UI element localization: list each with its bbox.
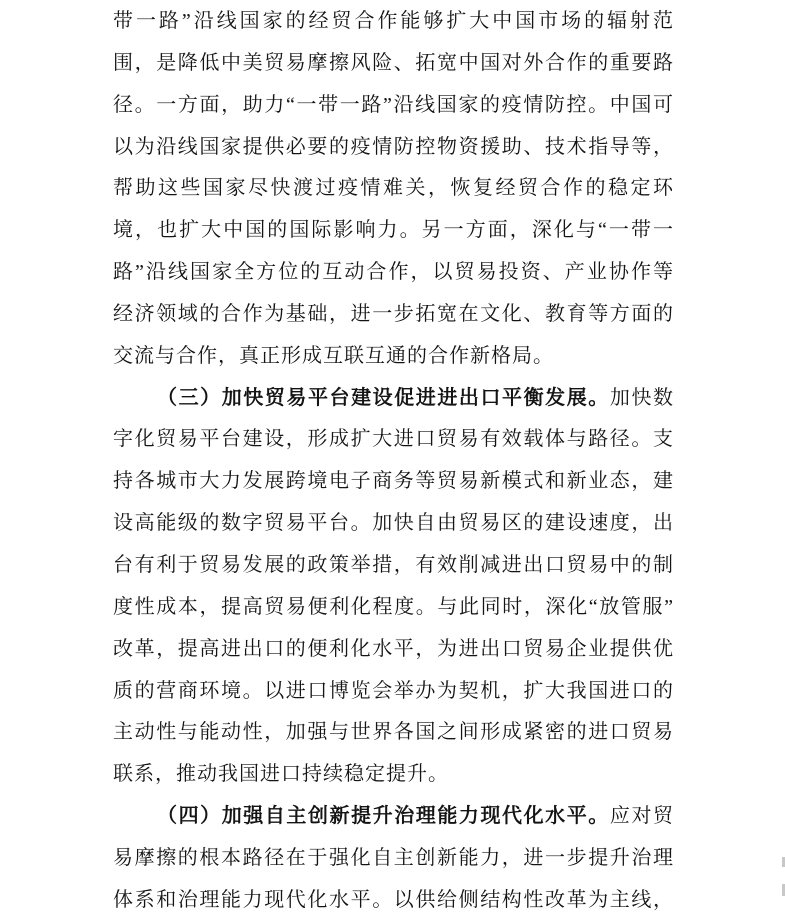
document-page: 带一路”沿线国家的经贸合作能够扩大中国市场的辐射范 围，是降低中美贸易摩擦风险、…	[0, 0, 785, 920]
text-line-paragraph-end: 交流与合作，真正形成互联互通的合作新格局。	[113, 336, 673, 378]
section-heading-bold: （三）加快贸易平台建设促进进出口平衡发展。	[157, 387, 610, 409]
text-line: 质的营商环境。以进口博览会举办为契机，扩大我国进口的	[113, 671, 673, 713]
section-heading-line-4: （四）加强自主创新提升治理能力现代化水平。应对贸	[113, 796, 673, 838]
section-heading-line-3: （三）加快贸易平台建设促进进出口平衡发展。加快数	[113, 378, 673, 420]
text-line: 以为沿线国家提供必要的疫情防控物资援助、技术指导等，	[113, 127, 673, 169]
text-line: 改革，提高进出口的便利化水平，为进出口贸易企业提供优	[113, 629, 673, 671]
text-line: 设高能级的数字贸易平台。加快自由贸易区的建设速度，出	[113, 503, 673, 545]
text-line: 围，是降低中美贸易摩擦风险、拓宽中国对外合作的重要路	[113, 43, 673, 85]
text-line: 持各城市大力发展跨境电子商务等贸易新模式和新业态，建	[113, 461, 673, 503]
text-line: 度性成本，提高贸易便利化程度。与此同时，深化“放管服”	[113, 587, 673, 629]
text-line: 易摩擦的根本路径在于强化自主创新能力，进一步提升治理	[113, 838, 673, 880]
section-heading-bold: （四）加强自主创新提升治理能力现代化水平。	[157, 805, 610, 827]
document-text-block: 带一路”沿线国家的经贸合作能够扩大中国市场的辐射范 围，是降低中美贸易摩擦风险、…	[113, 1, 673, 920]
text-line: 径。一方面，助力“一带一路”沿线国家的疫情防控。中国可	[113, 85, 673, 127]
text-line: 带一路”沿线国家的经贸合作能够扩大中国市场的辐射范	[113, 1, 673, 43]
text-line: 主动性与能动性，加强与世界各国之间形成紧密的进口贸易	[113, 712, 673, 754]
text-line: 帮助这些国家尽快渡过疫情难关，恢复经贸合作的稳定环	[113, 168, 673, 210]
text-line: 台有利于贸易发展的政策举措，有效削减进出口贸易中的制	[113, 545, 673, 587]
text-line: 经济领域的合作为基础，进一步拓宽在文化、教育等方面的	[113, 294, 673, 336]
text-line-paragraph-end: 联系，推动我国进口持续稳定提升。	[113, 754, 673, 796]
text-line: 体系和治理能力现代化水平。以供给侧结构性改革为主线，	[113, 880, 673, 920]
text-line: 字化贸易平台建设，形成扩大进口贸易有效载体与路径。支	[113, 419, 673, 461]
section-heading-rest: 加快数	[610, 387, 673, 409]
text-line: 路”沿线国家全方位的互动合作，以贸易投资、产业协作等	[113, 252, 673, 294]
section-heading-rest: 应对贸	[610, 805, 673, 827]
text-line: 境，也扩大中国的国际影响力。另一方面，深化与“一带一	[113, 210, 673, 252]
